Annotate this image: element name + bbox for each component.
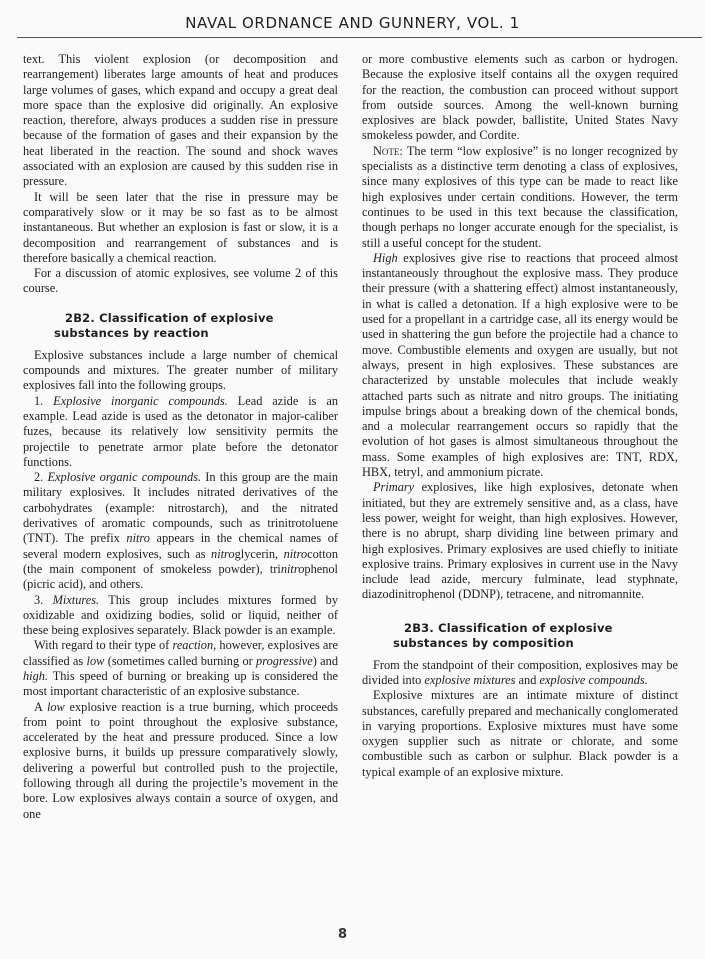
left-column: text. This violent explosion (or decompo… — [23, 52, 338, 822]
text: explosives give rise to reactions that p… — [362, 251, 678, 479]
text: explosive reaction is a true burning, wh… — [23, 700, 338, 821]
list-item-title: Explosive organic compounds. — [47, 470, 201, 484]
list-item-title: Mixtures. — [53, 593, 100, 607]
note-paragraph: Note: The term “low explosive” is no lon… — [362, 144, 678, 251]
paragraph-atomic-reference: For a discussion of atomic explosives, s… — [23, 266, 338, 297]
paragraph-2b2-intro: Explosive substances include a large num… — [23, 348, 338, 394]
list-item-title: Explosive inorganic compounds. — [53, 394, 228, 408]
paragraph-reaction-type: With regard to their type of reaction, h… — [23, 638, 338, 699]
right-column: or more combustive elements such as carb… — [362, 52, 678, 780]
header-rule — [17, 37, 702, 38]
paragraph-low-explosive: A low explosive reaction is a true burni… — [23, 700, 338, 822]
emphasis: nitro — [284, 547, 308, 561]
list-item-text: glycerin, — [235, 547, 284, 561]
text: ) and — [313, 654, 338, 668]
emphasis: low — [87, 654, 105, 668]
note-label: Note: — [373, 144, 403, 158]
note-text: The term “low explosive” is no longer re… — [362, 144, 678, 250]
list-item-inorganic: 1. Explosive inorganic compounds. Lead a… — [23, 394, 338, 470]
text: A — [34, 700, 47, 714]
text: explosives, like high explosives, detona… — [362, 480, 678, 601]
list-item-mixtures: 3. Mixtures. This group includes mixture… — [23, 593, 338, 639]
paragraph-explosive-mixtures: Explosive mixtures are an intimate mixtu… — [362, 688, 678, 780]
running-header: NAVAL ORDNANCE AND GUNNERY, VOL. 1 — [0, 14, 705, 32]
text: This speed of burning or breaking up is … — [23, 669, 338, 698]
list-number: 1. — [34, 394, 43, 408]
emphasis: nitro — [211, 547, 235, 561]
page-number: 8 — [338, 927, 347, 942]
emphasis: Primary — [373, 480, 414, 494]
paragraph-primary-explosive: Primary explosives, like high explosives… — [362, 480, 678, 602]
list-number: 3. — [34, 593, 43, 607]
paragraph-explosion-continued: text. This violent explosion (or decompo… — [23, 52, 338, 190]
paragraph-pressure-rise: It will be seen later that the rise in p… — [23, 190, 338, 266]
emphasis: low — [47, 700, 65, 714]
paragraph-2b3-intro: From the standpoint of their composition… — [362, 658, 678, 689]
text: With regard to their type of — [34, 638, 172, 652]
list-number: 2. — [34, 470, 43, 484]
text: (sometimes called burning or — [104, 654, 256, 668]
emphasis: reaction, — [172, 638, 216, 652]
emphasis: progressive — [256, 654, 313, 668]
emphasis: nitro — [126, 531, 150, 545]
section-heading-2b2: 2B2. Classification of explosive substan… — [23, 311, 338, 341]
paragraph-low-explosive-continued: or more combustive elements such as carb… — [362, 52, 678, 144]
emphasis: high. — [23, 669, 48, 683]
emphasis: explosive compounds. — [539, 673, 647, 687]
paragraph-high-explosive: High explosives give rise to reactions t… — [362, 251, 678, 480]
list-item-organic: 2. Explosive organic compounds. In this … — [23, 470, 338, 592]
emphasis: explosive mixtures — [424, 673, 515, 687]
emphasis: nitro — [281, 562, 305, 576]
text: and — [515, 673, 539, 687]
section-heading-2b3: 2B3. Classification of explosive substan… — [362, 621, 678, 651]
emphasis: High — [373, 251, 398, 265]
